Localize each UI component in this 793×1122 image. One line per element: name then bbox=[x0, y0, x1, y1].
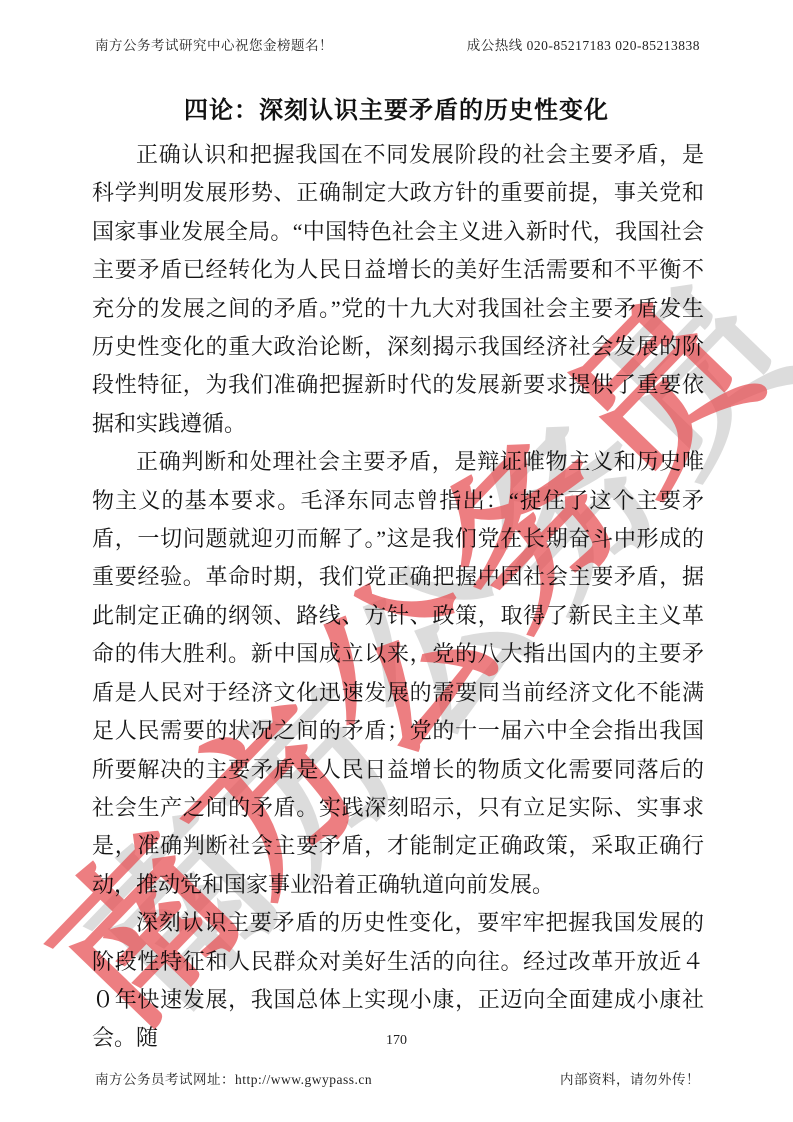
body-paragraph: 正确判断和处理社会主要矛盾，是辩证唯物主义和历史唯物主义的基本要求。毛泽东同志曾… bbox=[92, 443, 704, 904]
body-paragraph: 正确认识和把握我国在不同发展阶段的社会主要矛盾，是科学判明发展形势、正确制定大政… bbox=[92, 136, 704, 443]
page-header: 南方公务考试研究中心祝您金榜题名！ 成公热线 020-85217183 020-… bbox=[95, 34, 700, 54]
footer-confidential-note: 内部资料，请勿外传！ bbox=[560, 1068, 700, 1088]
document-page: 南方公务考试研究中心祝您金榜题名！ 成公热线 020-85217183 020-… bbox=[0, 0, 793, 1122]
header-hotline-text: 成公热线 020-85217183 020-85213838 bbox=[467, 34, 700, 54]
footer-site-url-text: 南方公务员考试网址：http://www.gwypass.cn bbox=[95, 1068, 372, 1088]
article-body: 正确认识和把握我国在不同发展阶段的社会主要矛盾，是科学判明发展形势、正确制定大政… bbox=[92, 136, 704, 1058]
page-footer: 南方公务员考试网址：http://www.gwypass.cn 内部资料，请勿外… bbox=[95, 1068, 700, 1088]
page-number: 170 bbox=[0, 1033, 793, 1049]
header-slogan-text: 南方公务考试研究中心祝您金榜题名！ bbox=[95, 34, 333, 54]
page-title: 四论：深刻认识主要矛盾的历史性变化 bbox=[0, 90, 793, 125]
